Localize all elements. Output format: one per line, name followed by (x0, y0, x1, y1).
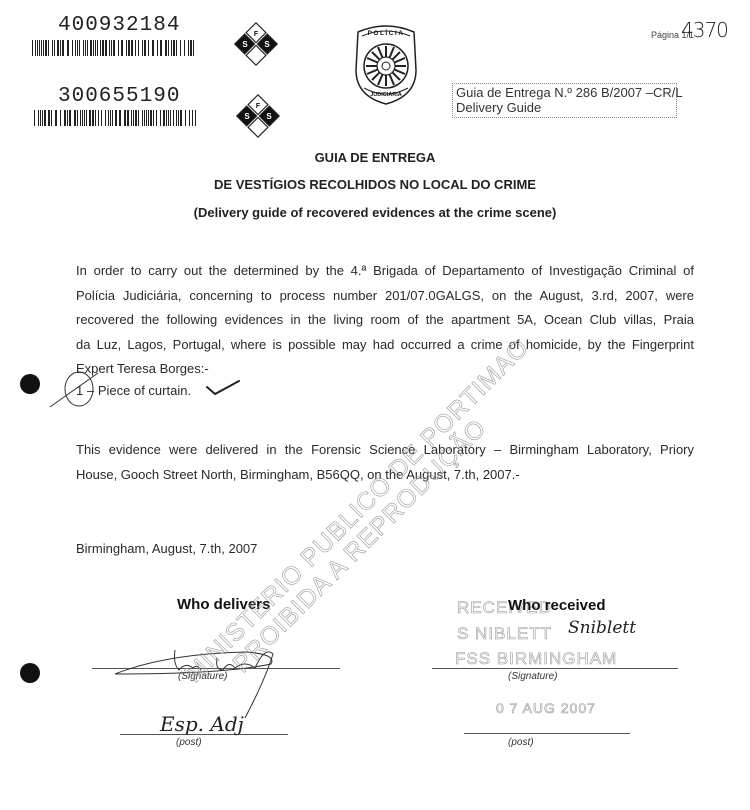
svg-text:S: S (244, 112, 250, 121)
checkmark-icon (205, 379, 245, 399)
title-sub: DE VESTÍGIOS RECOLHIDOS NO LOCAL DO CRIM… (0, 177, 750, 192)
evidence-item-number: 1 (76, 383, 83, 398)
received-stamp-date: 0 7 AUG 2007 (496, 700, 596, 716)
evidence-paragraph: In order to carry out the determined by … (76, 259, 694, 382)
svg-text:JUDICIÁRIA: JUDICIÁRIA (370, 91, 402, 98)
svg-text:F: F (256, 103, 261, 110)
fss-logo-icon: F S S (233, 21, 279, 67)
svg-text:S: S (242, 40, 248, 49)
handwritten-page-number: 4370 (681, 18, 728, 42)
barcode-1 (32, 40, 194, 56)
delivery-guide-box: Guia de Entrega N.º 286 B/2007 –CR/L Del… (452, 83, 677, 118)
svg-text:POLÍCIA: POLÍCIA (368, 28, 405, 37)
barcode-2 (34, 110, 196, 126)
title-english: (Delivery guide of recovered evidences a… (0, 205, 750, 220)
received-signature-line (432, 668, 678, 669)
received-post-line (464, 733, 630, 734)
paragraph-line: Polícia Judiciária, concerning to proces… (76, 284, 694, 309)
paragraph-line: In order to carry out the determined by … (76, 259, 694, 284)
barcode-number-2: 300655190 (58, 85, 180, 108)
punch-hole (20, 374, 40, 394)
svg-text:F: F (254, 31, 259, 38)
paragraph-line: da Luz, Lagos, Portugal, where is possib… (76, 333, 694, 358)
policia-judiciaria-crest-icon: POLÍCIA JUDICIÁRIA (350, 22, 422, 111)
guide-subtitle: Delivery Guide (456, 100, 673, 115)
guide-number: Guia de Entrega N.º 286 B/2007 –CR/L (456, 85, 673, 100)
paragraph-line: This evidence were delivered in the Fore… (76, 438, 694, 463)
place-date: Birmingham, August, 7.th, 2007 (76, 541, 257, 556)
evidence-item: 1 – Piece of curtain. (48, 371, 348, 411)
paragraph-line: recovered the following evidences in the… (76, 308, 694, 333)
delivers-post-handwritten: Esp. Adj (160, 712, 244, 736)
title-main: GUIA DE ENTREGA (0, 150, 750, 165)
received-heading: Who received (508, 597, 606, 614)
punch-hole (20, 663, 40, 683)
received-post-label: (post) (508, 737, 534, 748)
fss-logo-icon: F S S (235, 93, 281, 139)
received-handwritten-name: Sniblett (568, 618, 636, 638)
svg-text:S: S (266, 112, 272, 121)
evidence-item-label: – Piece of curtain. (87, 383, 191, 398)
barcode-number-1: 400932184 (58, 14, 180, 37)
delivers-post-label: (post) (176, 737, 202, 748)
received-signature-label: (Signature) (508, 671, 557, 682)
received-stamp-line: S NIBLETT (457, 624, 552, 644)
svg-text:S: S (264, 40, 270, 49)
received-stamp-line: FSS BIRMINGHAM (455, 649, 617, 669)
